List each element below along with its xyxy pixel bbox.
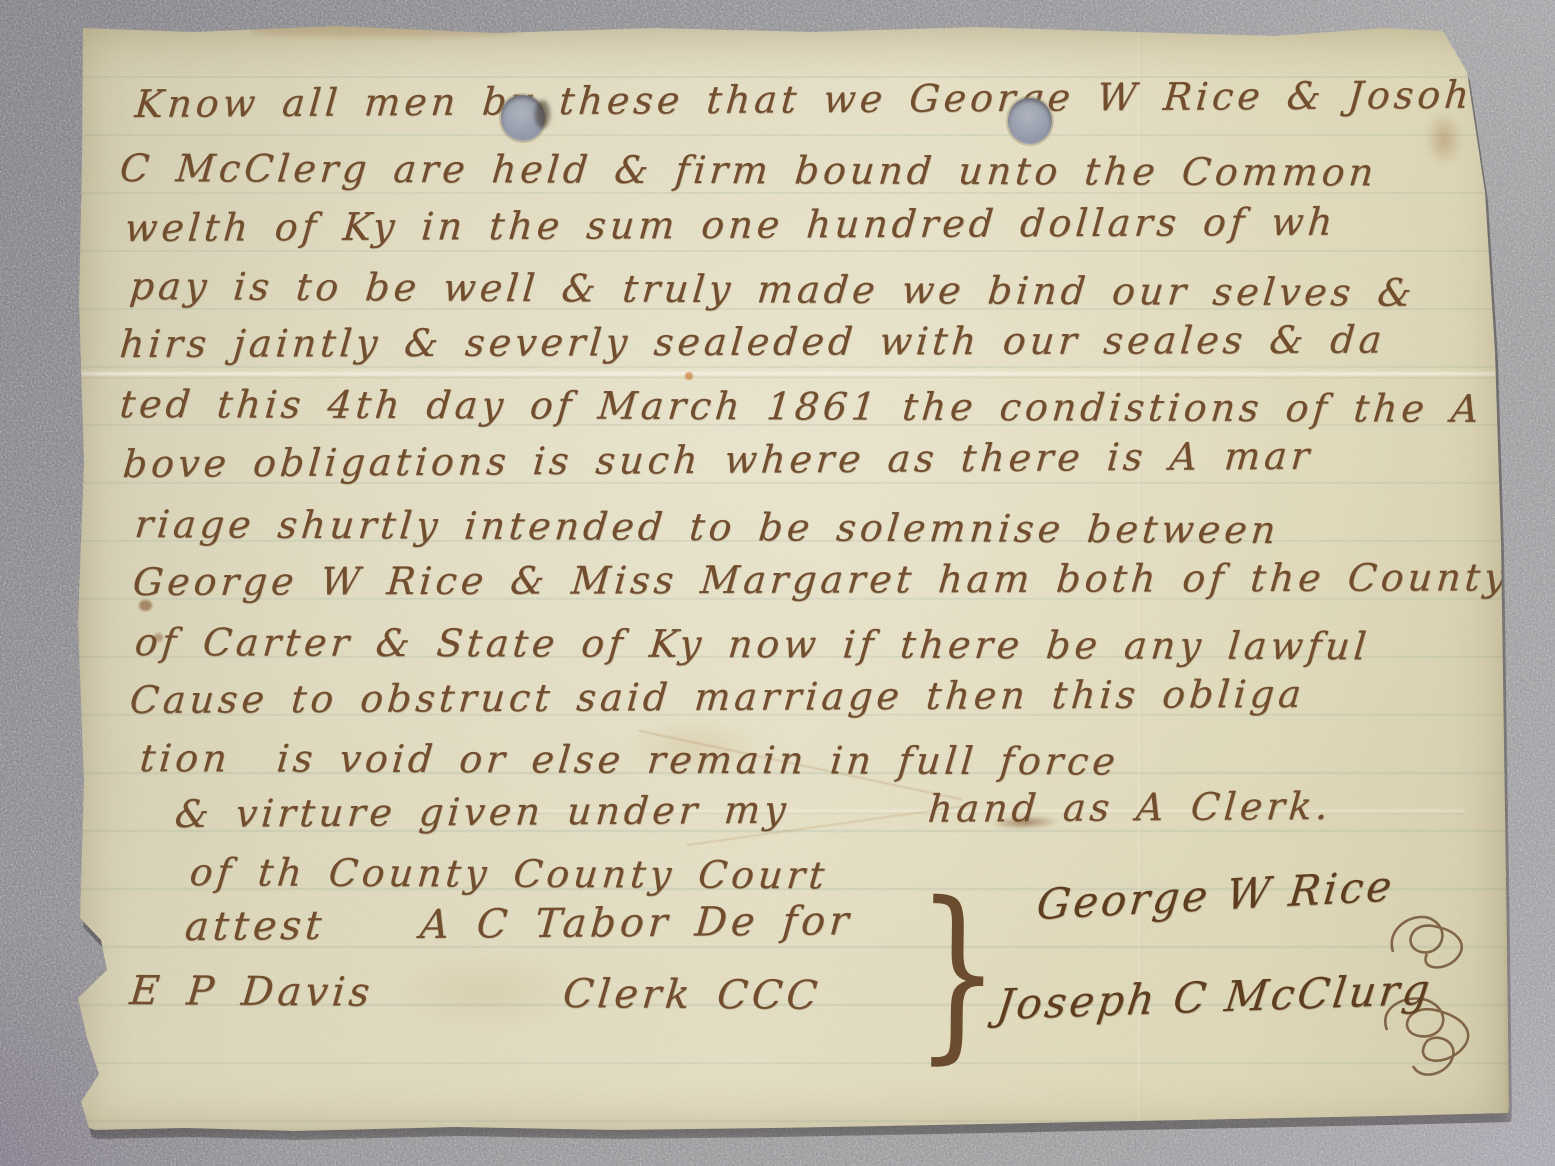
document-paper: Know all men by these that we George W R…	[75, 22, 1510, 1134]
photograph: Know all men by these that we George W R…	[0, 0, 1555, 1166]
paper-edge-shading	[75, 22, 1510, 1134]
